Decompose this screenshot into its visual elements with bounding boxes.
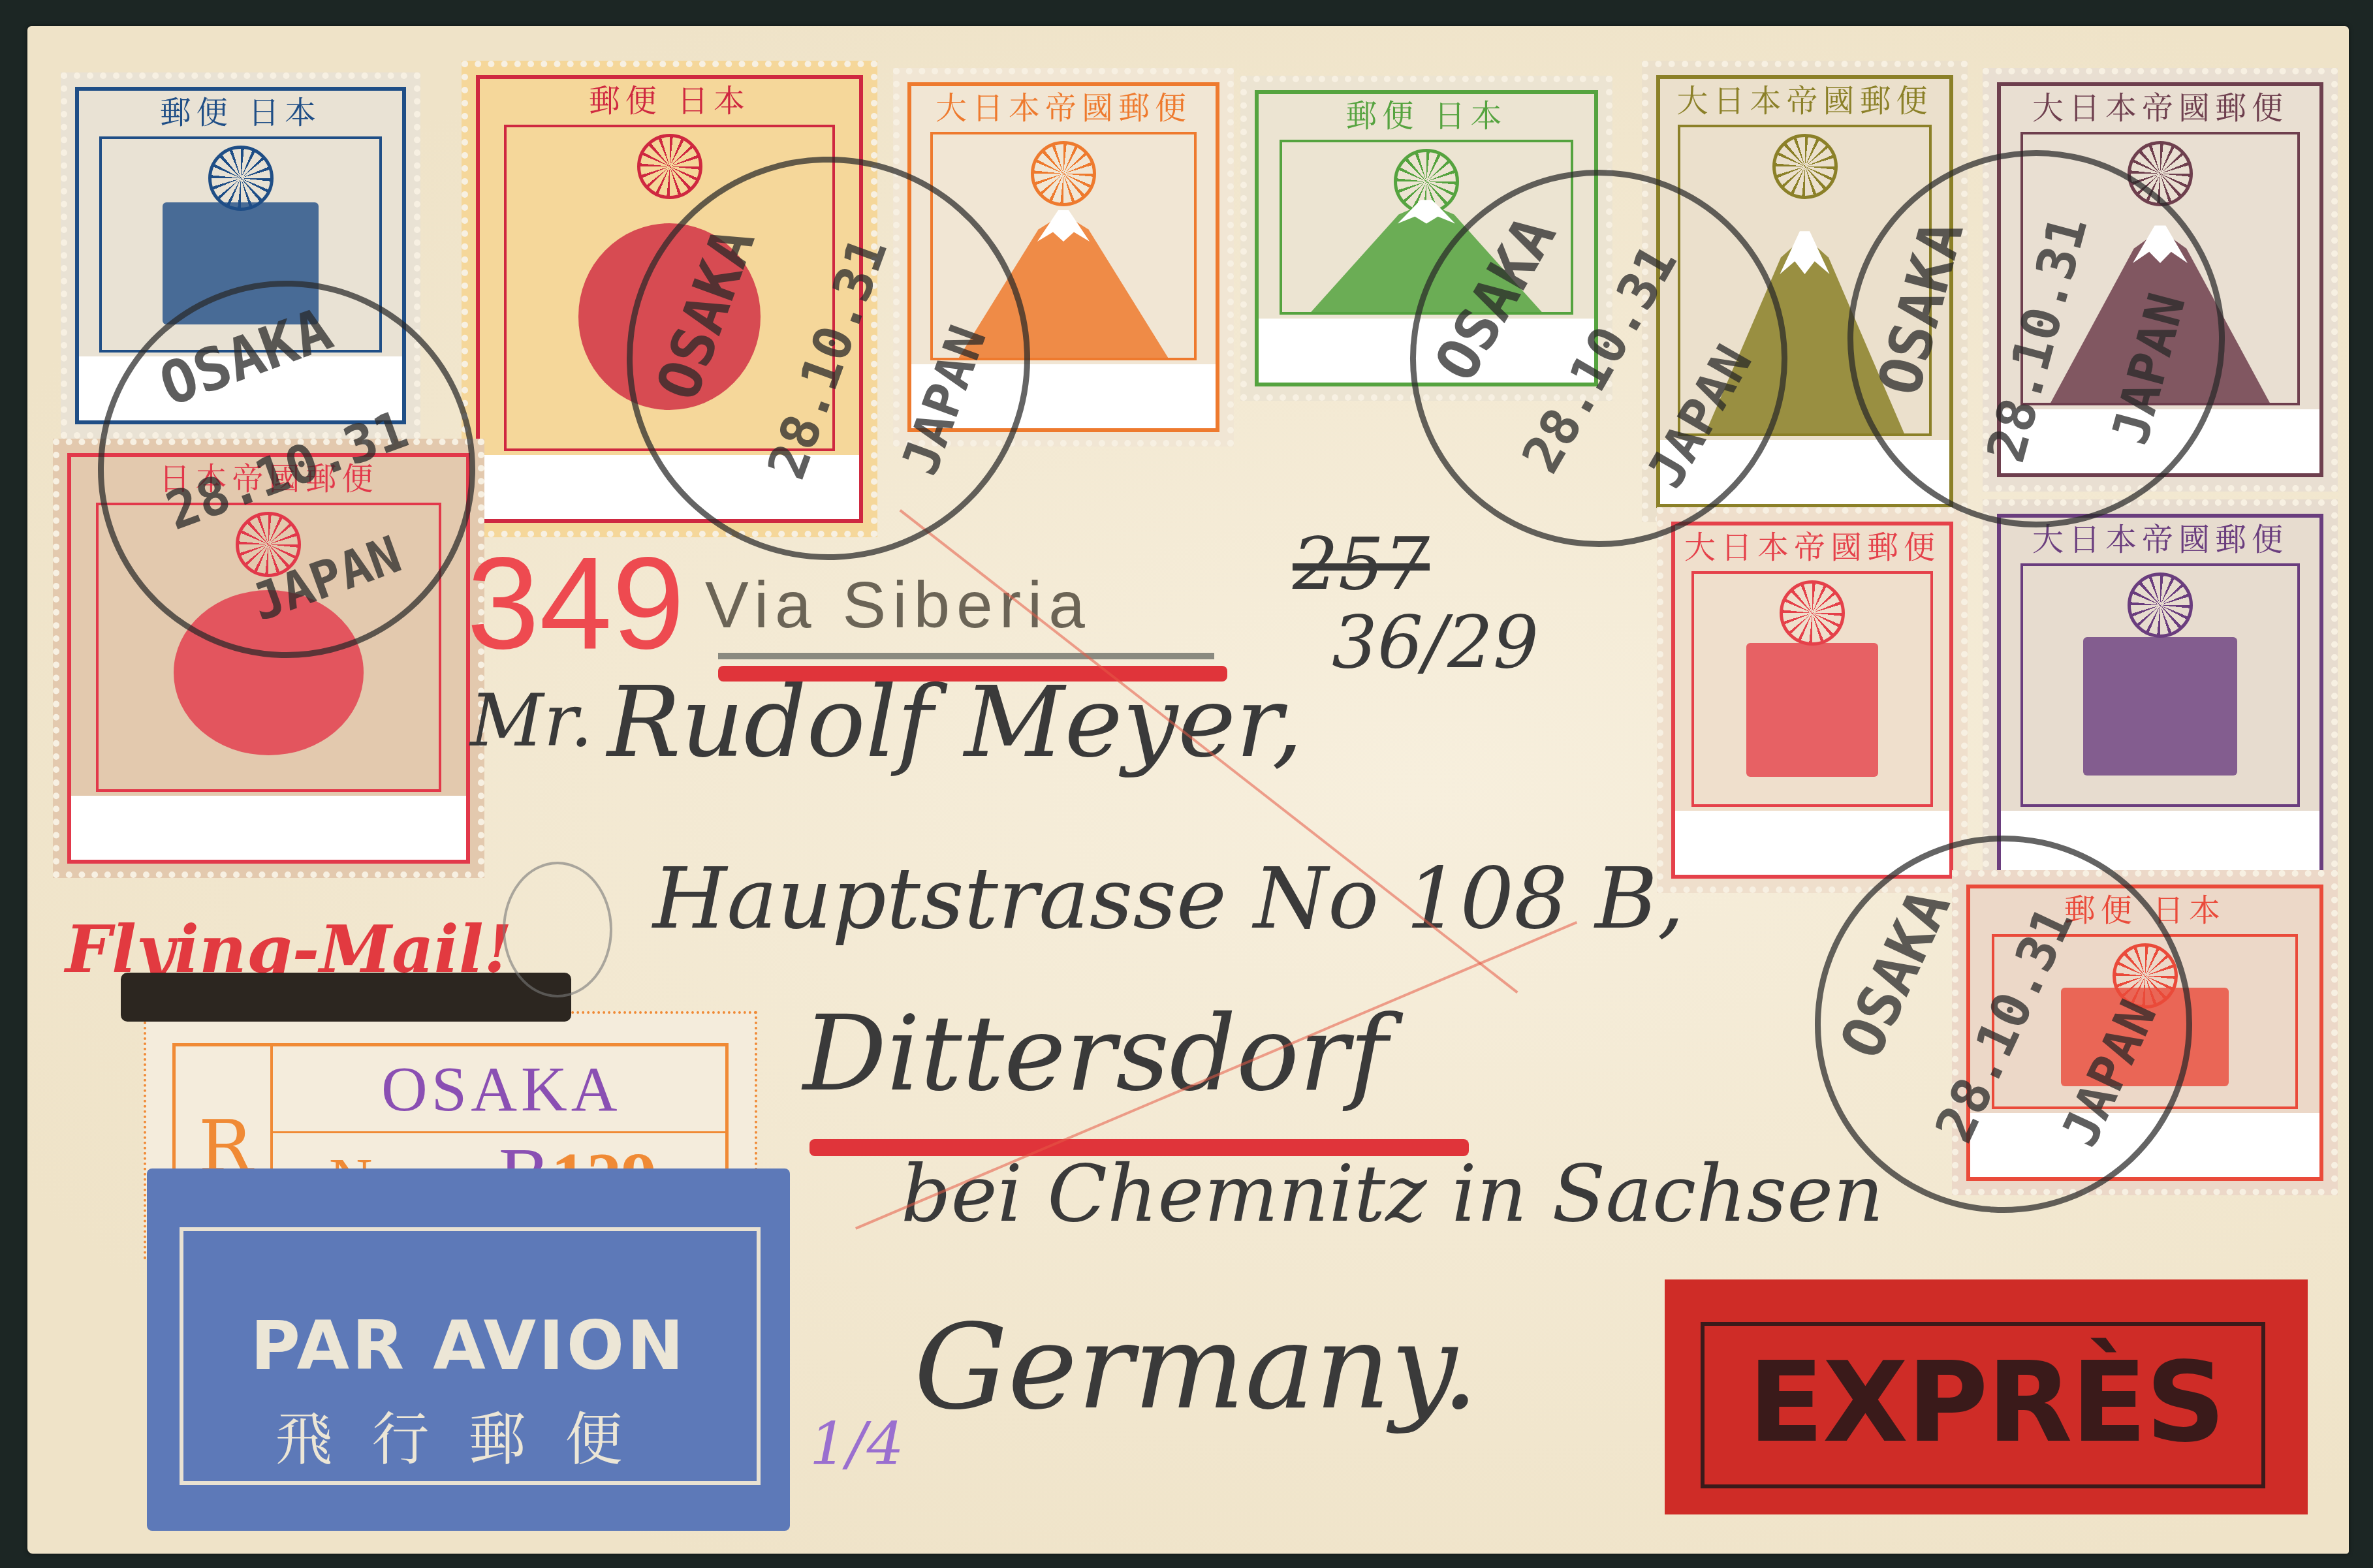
stamp-temple-6sn: 郵便 日本6六錢SN <box>1952 870 2338 1195</box>
par-avion-subtext: 飛行郵便 <box>147 1394 790 1476</box>
stamp-vignette-tazawa <box>2020 563 2300 807</box>
chrysanthemum-icon <box>1780 580 1845 646</box>
temple-icon <box>2061 988 2229 1086</box>
stamp-vignette-phoenix <box>504 125 836 451</box>
struck-out-bar <box>121 973 571 1022</box>
stamp-vignette-castle <box>99 136 383 353</box>
stamp-unit: SN <box>393 805 454 851</box>
tazawa-icon <box>1746 643 1878 777</box>
stamp-header: 大日本帝國郵便 <box>911 86 1216 128</box>
chrysanthemum-icon <box>208 146 274 211</box>
chrysanthemum-icon <box>236 512 301 577</box>
stamp-header: 大日本帝國郵便 <box>2001 518 2319 559</box>
stamp-value: 5 <box>2013 820 2037 866</box>
stamp-value: 3 <box>1687 820 1712 866</box>
stamp-unit: SN <box>786 464 847 510</box>
stamp-unit: SEN <box>2218 820 2308 866</box>
stamp-kanji-value: 錢六 <box>612 459 691 515</box>
route-note: Via Siberia <box>705 568 1092 643</box>
chrysanthemum-icon <box>2128 572 2193 638</box>
stamp-dove-4sn: 日本帝國郵便4四錢SN <box>53 439 484 878</box>
stamp-vignette-dove <box>96 503 441 792</box>
stamp-value: 6 <box>1982 1122 2007 1168</box>
pencil-mark: 1/4 <box>809 1410 904 1479</box>
stamp-value: 20 <box>2013 418 2062 464</box>
address-name: Rudolf Meyer, <box>607 666 1303 779</box>
stamp-unit: SN <box>2246 418 2308 464</box>
stamp-vignette-fuji-deer <box>1678 125 1932 436</box>
weight-note: 36/29 <box>1332 601 1539 684</box>
stamp-unit: SN <box>1521 328 1582 373</box>
stamp-fuji-4sn: 大日本帝國郵便4錢四SN <box>893 68 1234 447</box>
chrysanthemum-icon <box>637 134 702 199</box>
stamp-vignette-tazawa <box>1691 571 1932 807</box>
stamp-tazawa-3sn: 大日本帝國郵便3參錢SN <box>1657 507 1968 893</box>
stamp-value: 2 <box>1270 328 1295 373</box>
tazawa-icon <box>2083 637 2237 776</box>
stamp-unit: SN <box>2246 1122 2308 1168</box>
stamp-fuji-2sn: 郵便 日本2錢貳SN <box>1240 76 1612 401</box>
chrysanthemum-icon <box>1031 141 1096 206</box>
stamp-kanji-value: 拾錢 <box>196 360 274 416</box>
registration-city: OSAKA <box>381 1053 621 1126</box>
stamp-kanji-value: 四錢 <box>212 800 290 856</box>
stamp-kanji-value: 六錢 <box>2088 1117 2166 1173</box>
stamp-fuji-20sn: 大日本帝國郵便20錢拾SN <box>1983 68 2338 492</box>
address-salutation: Mr. <box>470 679 593 762</box>
stamp-value: 10 <box>91 366 140 411</box>
stamp-castle-10sn: 郵便 日本10拾錢SN <box>61 72 420 439</box>
stamp-vignette-fuji-deer <box>930 132 1197 360</box>
stamp-fuji-6sn-olive: 大日本帝國郵便6錢六SN <box>1642 61 1968 522</box>
stamp-value: 6 <box>492 464 516 510</box>
stamp-tazawa-5sen: 大日本帝國郵便5五錢SEN <box>1983 499 2338 893</box>
address-street: Hauptstrasse No 108 B, <box>653 849 1684 948</box>
address-district: bei Chemnitz in Sachsen <box>901 1149 1883 1240</box>
stamp-header: 大日本帝國郵便 <box>2001 86 2319 128</box>
crossed-number: 257 <box>1293 522 1430 606</box>
stamp-unit: SN <box>1876 449 1938 495</box>
route-underline-grey <box>718 653 1214 659</box>
stamp-kanji-value: 錢四 <box>1006 368 1084 424</box>
stamp-header: 郵便 日本 <box>480 79 859 121</box>
stamp-header: 大日本帝國郵便 <box>1660 79 1949 121</box>
stamp-value: 6 <box>1672 449 1697 495</box>
stamp-kanji-value: 錢拾 <box>2115 413 2193 469</box>
stamp-vignette-fuji <box>1280 140 1573 315</box>
stamp-header: 日本帝國郵便 <box>71 457 466 499</box>
stamp-header: 郵便 日本 <box>79 91 402 133</box>
stamp-value: 4 <box>923 373 948 419</box>
chrysanthemum-icon <box>1772 134 1838 199</box>
stamp-kanji-value: 參錢 <box>1755 815 1833 871</box>
circled-mark <box>503 862 612 997</box>
express-text: EXPRÈS <box>1665 1338 2308 1467</box>
stamp-value: 4 <box>83 805 108 851</box>
stamp-header: 郵便 日本 <box>1970 888 2319 930</box>
stamp-kanji-value: 五錢 <box>2088 815 2167 871</box>
stamp-kanji-value: 錢六 <box>1748 444 1826 500</box>
stamp-vignette-temple <box>1992 934 2297 1109</box>
address-country: Germany. <box>914 1299 1479 1435</box>
stamp-header: 大日本帝國郵便 <box>1675 525 1949 567</box>
red-number: 349 <box>467 529 685 679</box>
par-avion-label: PAR AVION 飛行郵便 <box>147 1168 790 1531</box>
address-town: Dittersdorf <box>803 992 1388 1114</box>
dove-icon <box>174 590 364 755</box>
stamp-header: 郵便 日本 <box>1259 94 1594 136</box>
stamp-unit: SN <box>1142 373 1204 419</box>
express-label: EXPRÈS <box>1665 1279 2308 1514</box>
chrysanthemum-icon <box>2128 141 2193 206</box>
phoenix-icon <box>578 223 761 410</box>
castle-icon <box>163 202 318 325</box>
stamp-crane-6sn: 郵便 日本6錢六SN <box>462 61 877 537</box>
stamp-unit: SN <box>329 366 390 411</box>
par-avion-text: PAR AVION <box>147 1306 790 1385</box>
stamp-unit: SN <box>1876 820 1938 866</box>
stamp-vignette-fuji-deer <box>2020 132 2300 405</box>
stamp-kanji-value: 錢貳 <box>1369 322 1447 379</box>
